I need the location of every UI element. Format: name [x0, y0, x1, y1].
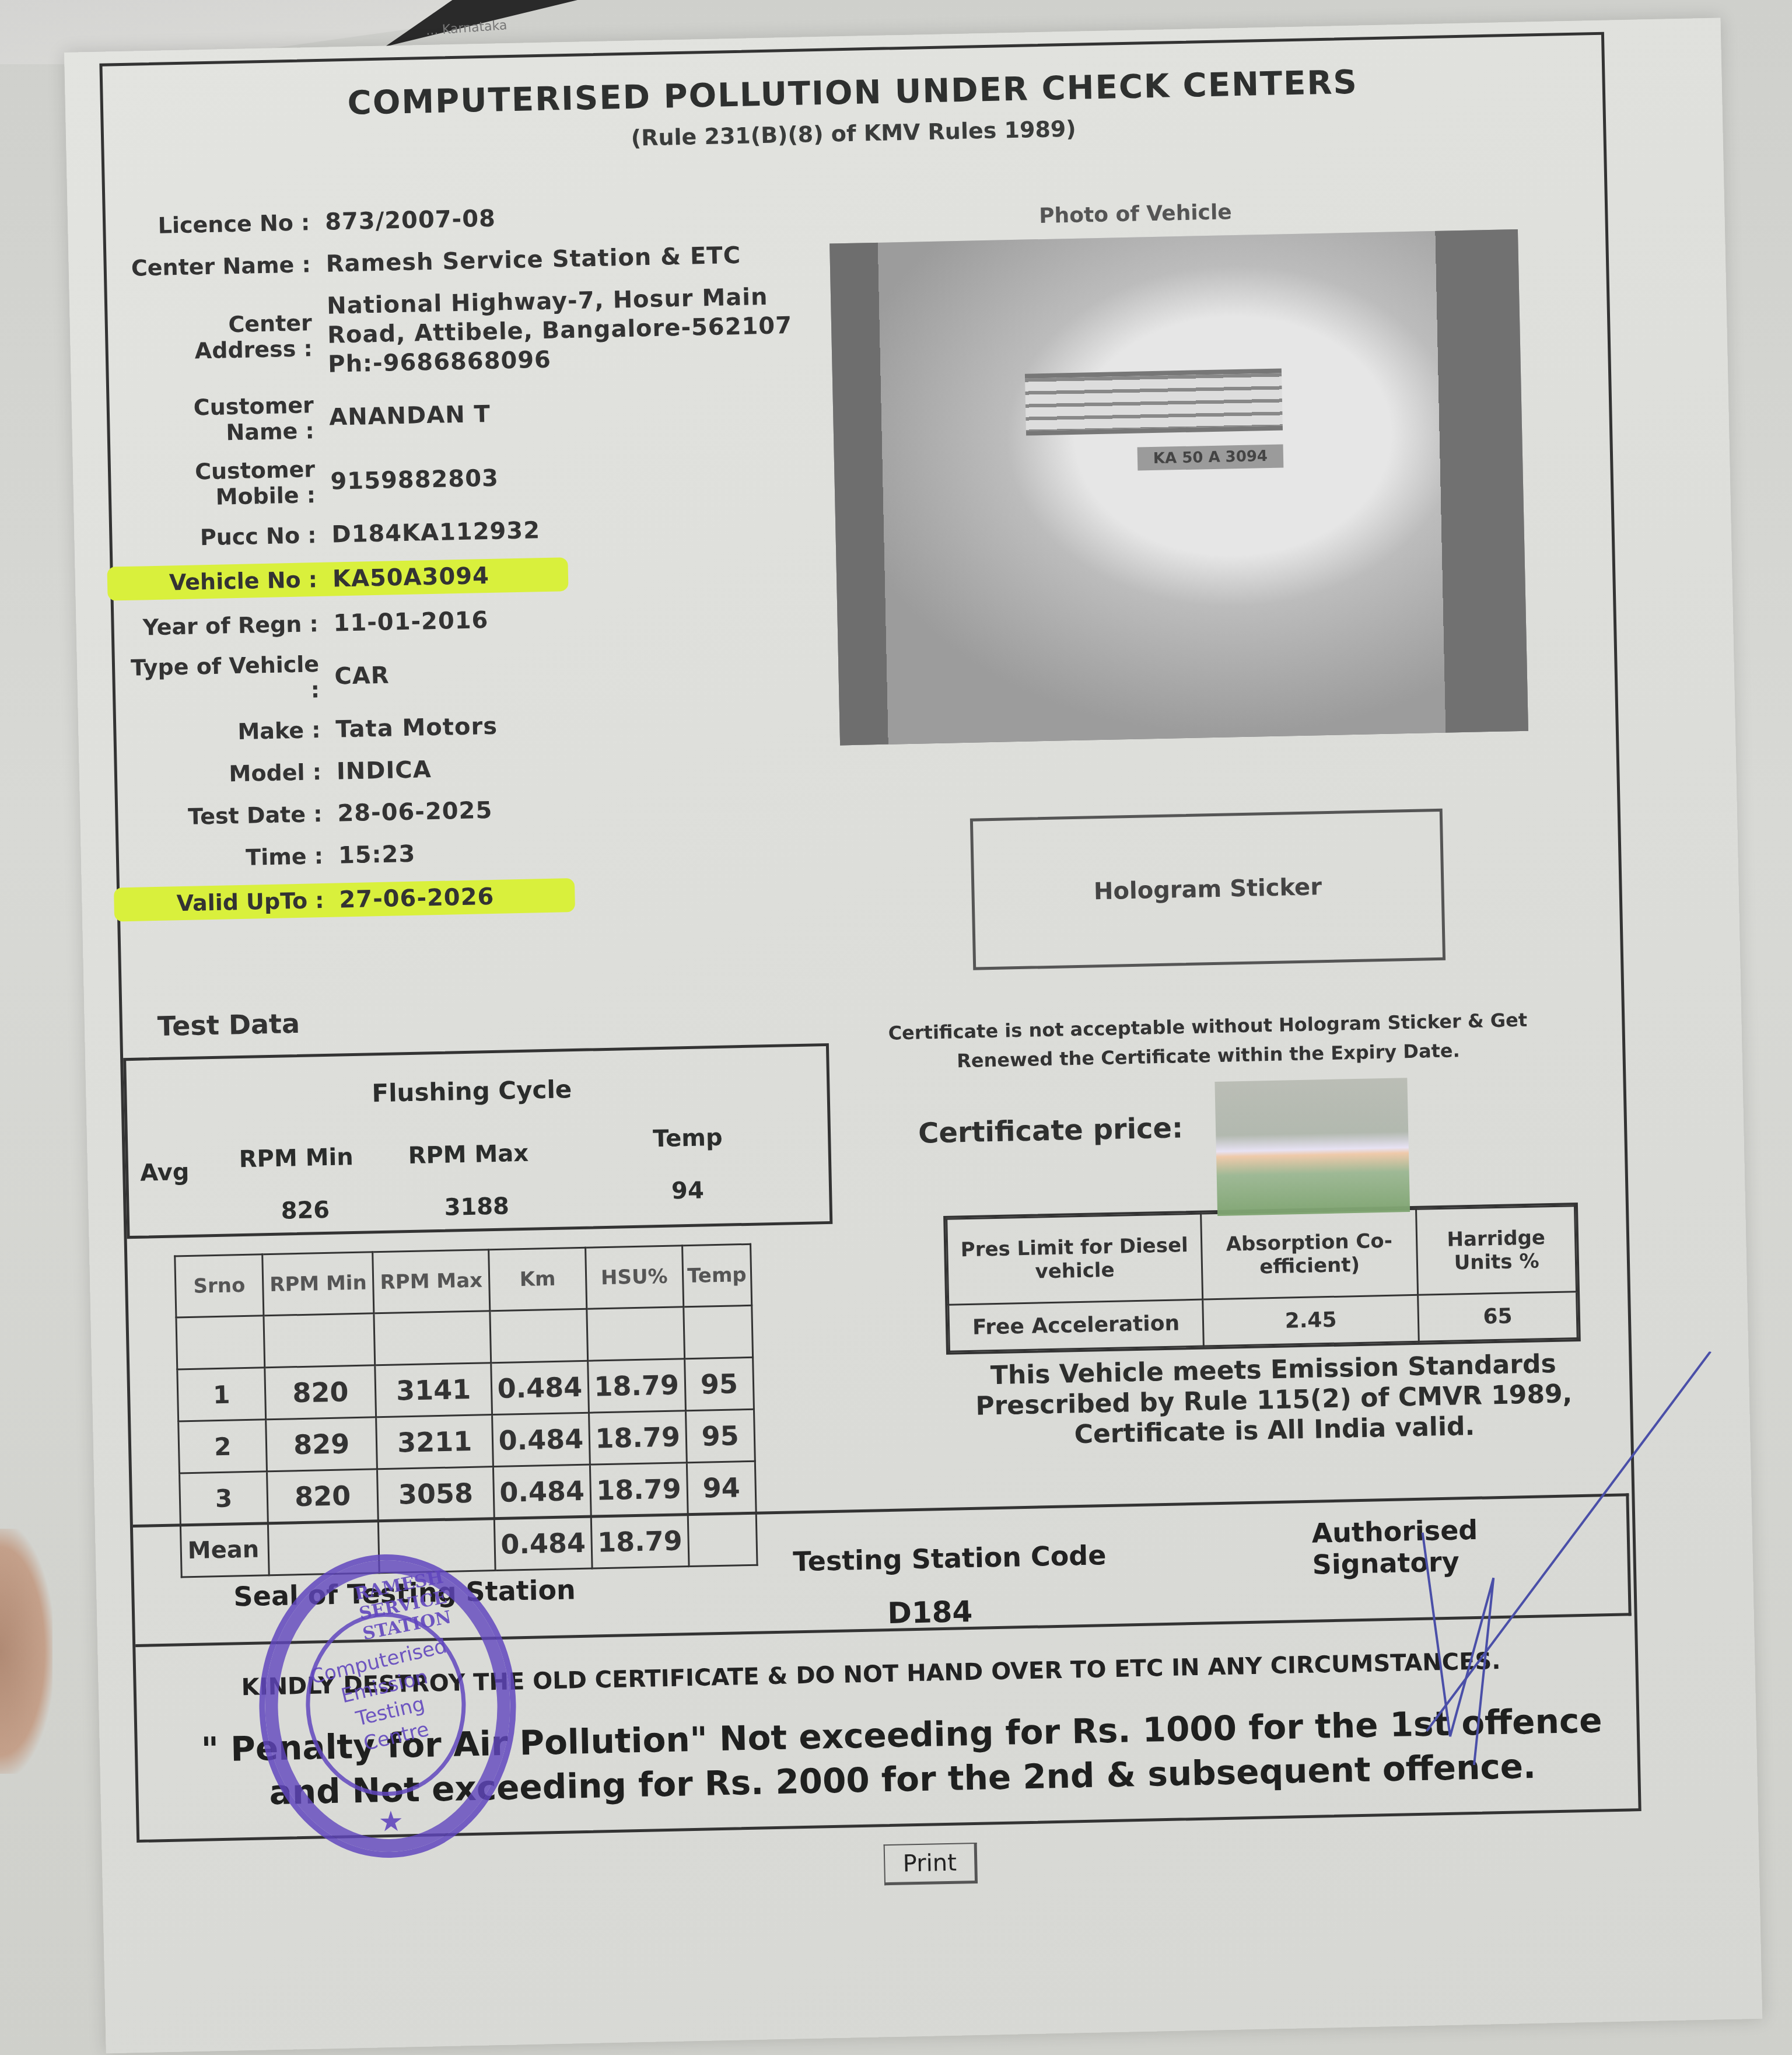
table-cell: 3211	[376, 1415, 494, 1469]
number-plate: KA 50 A 3094	[1137, 444, 1284, 470]
authorised-signatory-label: Authorised Signatory	[1311, 1511, 1633, 1580]
compliance-statement: This Vehicle meets Emission Standards Pr…	[958, 1348, 1590, 1453]
field-customer-mobile: Customer Mobile : 9159882803	[123, 446, 824, 512]
certificate-frame: COMPUTERISED POLLUTION UNDER CHECK CENTE…	[99, 32, 1641, 1843]
temp-header: Temp	[653, 1124, 723, 1152]
hologram-sticker-box: Hologram Sticker	[970, 809, 1445, 970]
field-type-of-vehicle: Type of Vehicle : CAR	[127, 641, 828, 707]
hologram-notice: Certificate is not acceptable without Ho…	[881, 1005, 1535, 1077]
pucc-certificate: COMPUTERISED POLLUTION UNDER CHECK CENTE…	[64, 18, 1762, 2054]
table-cell: 95	[684, 1357, 754, 1410]
field-center-address: Center Address : National Highway-7, Hos…	[119, 281, 821, 383]
rpm-max-header: RPM Max	[408, 1140, 528, 1169]
field-center-name: Center Name : Ramesh Service Station & E…	[118, 239, 818, 283]
table-cell: 3141	[375, 1363, 492, 1417]
table-cell	[683, 1305, 752, 1358]
flushing-cycle-title: Flushing Cycle	[372, 1075, 572, 1107]
print-button[interactable]: Print	[884, 1843, 978, 1885]
table-cell: 18.79	[589, 1411, 687, 1465]
table-cell	[374, 1311, 491, 1365]
table-cell	[587, 1307, 685, 1361]
table-cell: 0.484	[492, 1413, 590, 1466]
test-data-title: Test Data	[157, 1008, 300, 1042]
table-cell: 0.484	[493, 1465, 591, 1518]
table-cell: 0.484	[491, 1361, 589, 1414]
rpm-min-value: 826	[281, 1197, 330, 1225]
table-cell: 18.79	[587, 1359, 685, 1413]
field-valid-upto: Valid UpTo : 27-06-2026	[114, 878, 575, 922]
certificate-price-label: Certificate price:	[918, 1112, 1184, 1149]
field-model: Model : INDICA	[128, 747, 829, 791]
hologram-sticker	[1214, 1078, 1410, 1216]
finger	[0, 1529, 52, 1774]
field-licence-no: Licence No : 873/2007-08	[117, 197, 818, 241]
table-cell: 95	[685, 1409, 755, 1462]
vehicle-photo: KA 50 A 3094	[829, 229, 1528, 746]
table-cell	[176, 1316, 265, 1369]
field-customer-name: Customer Name : ANANDAN T	[121, 382, 822, 448]
vehicle-details: Licence No : 873/2007-08 Center Name : R…	[117, 197, 832, 934]
table-cell: 18.79	[590, 1463, 688, 1516]
destroy-notice: KINDLY DESTROY THE OLD CERTIFICATE & DO …	[241, 1645, 1641, 1701]
table-cell: 829	[266, 1417, 377, 1472]
rpm-max-value: 3188	[444, 1193, 509, 1221]
temp-value: 94	[671, 1177, 705, 1204]
photo-label: Photo of Vehicle	[1039, 200, 1232, 228]
field-year-of-regn: Year of Regn : 11-01-2016	[125, 599, 826, 642]
table-header-row: Srno RPM Min RPM Max Km HSU% Temp	[175, 1244, 752, 1317]
station-code: D184	[887, 1595, 973, 1630]
flushing-cycle-box: Flushing Cycle Avg RPM Min RPM Max Temp …	[123, 1043, 832, 1239]
field-time: Time : 15:23	[130, 831, 831, 875]
table-cell: 3	[180, 1472, 268, 1525]
penalty-notice: " Penalty for Air Pollution" Not exceedi…	[172, 1697, 1632, 1816]
field-pucc-no: Pucc No : D184KA112932	[124, 510, 824, 554]
avg-label: Avg	[140, 1159, 190, 1187]
station-code-label: Testing Station Code	[793, 1539, 1107, 1577]
table-cell: 820	[267, 1469, 379, 1523]
table-cell: 2	[178, 1420, 267, 1473]
diesel-limits-table: Pres Limit for Diesel vehicle Absorption…	[943, 1203, 1581, 1355]
field-make: Make : Tata Motors	[128, 705, 828, 749]
field-vehicle-no: Vehicle No : KA50A3094	[107, 557, 568, 601]
field-test-date: Test Date : 28-06-2025	[129, 789, 830, 833]
car-grille	[1025, 368, 1283, 435]
table-cell: 94	[687, 1461, 756, 1514]
table-header-row: Pres Limit for Diesel vehicle Absorption…	[947, 1206, 1577, 1305]
table-cell: 820	[265, 1365, 376, 1420]
table-cell: 3058	[377, 1467, 495, 1521]
rpm-min-header: RPM Min	[239, 1144, 353, 1173]
table-cell: 1	[177, 1368, 266, 1421]
table-cell	[490, 1309, 588, 1362]
table-cell	[264, 1313, 375, 1368]
